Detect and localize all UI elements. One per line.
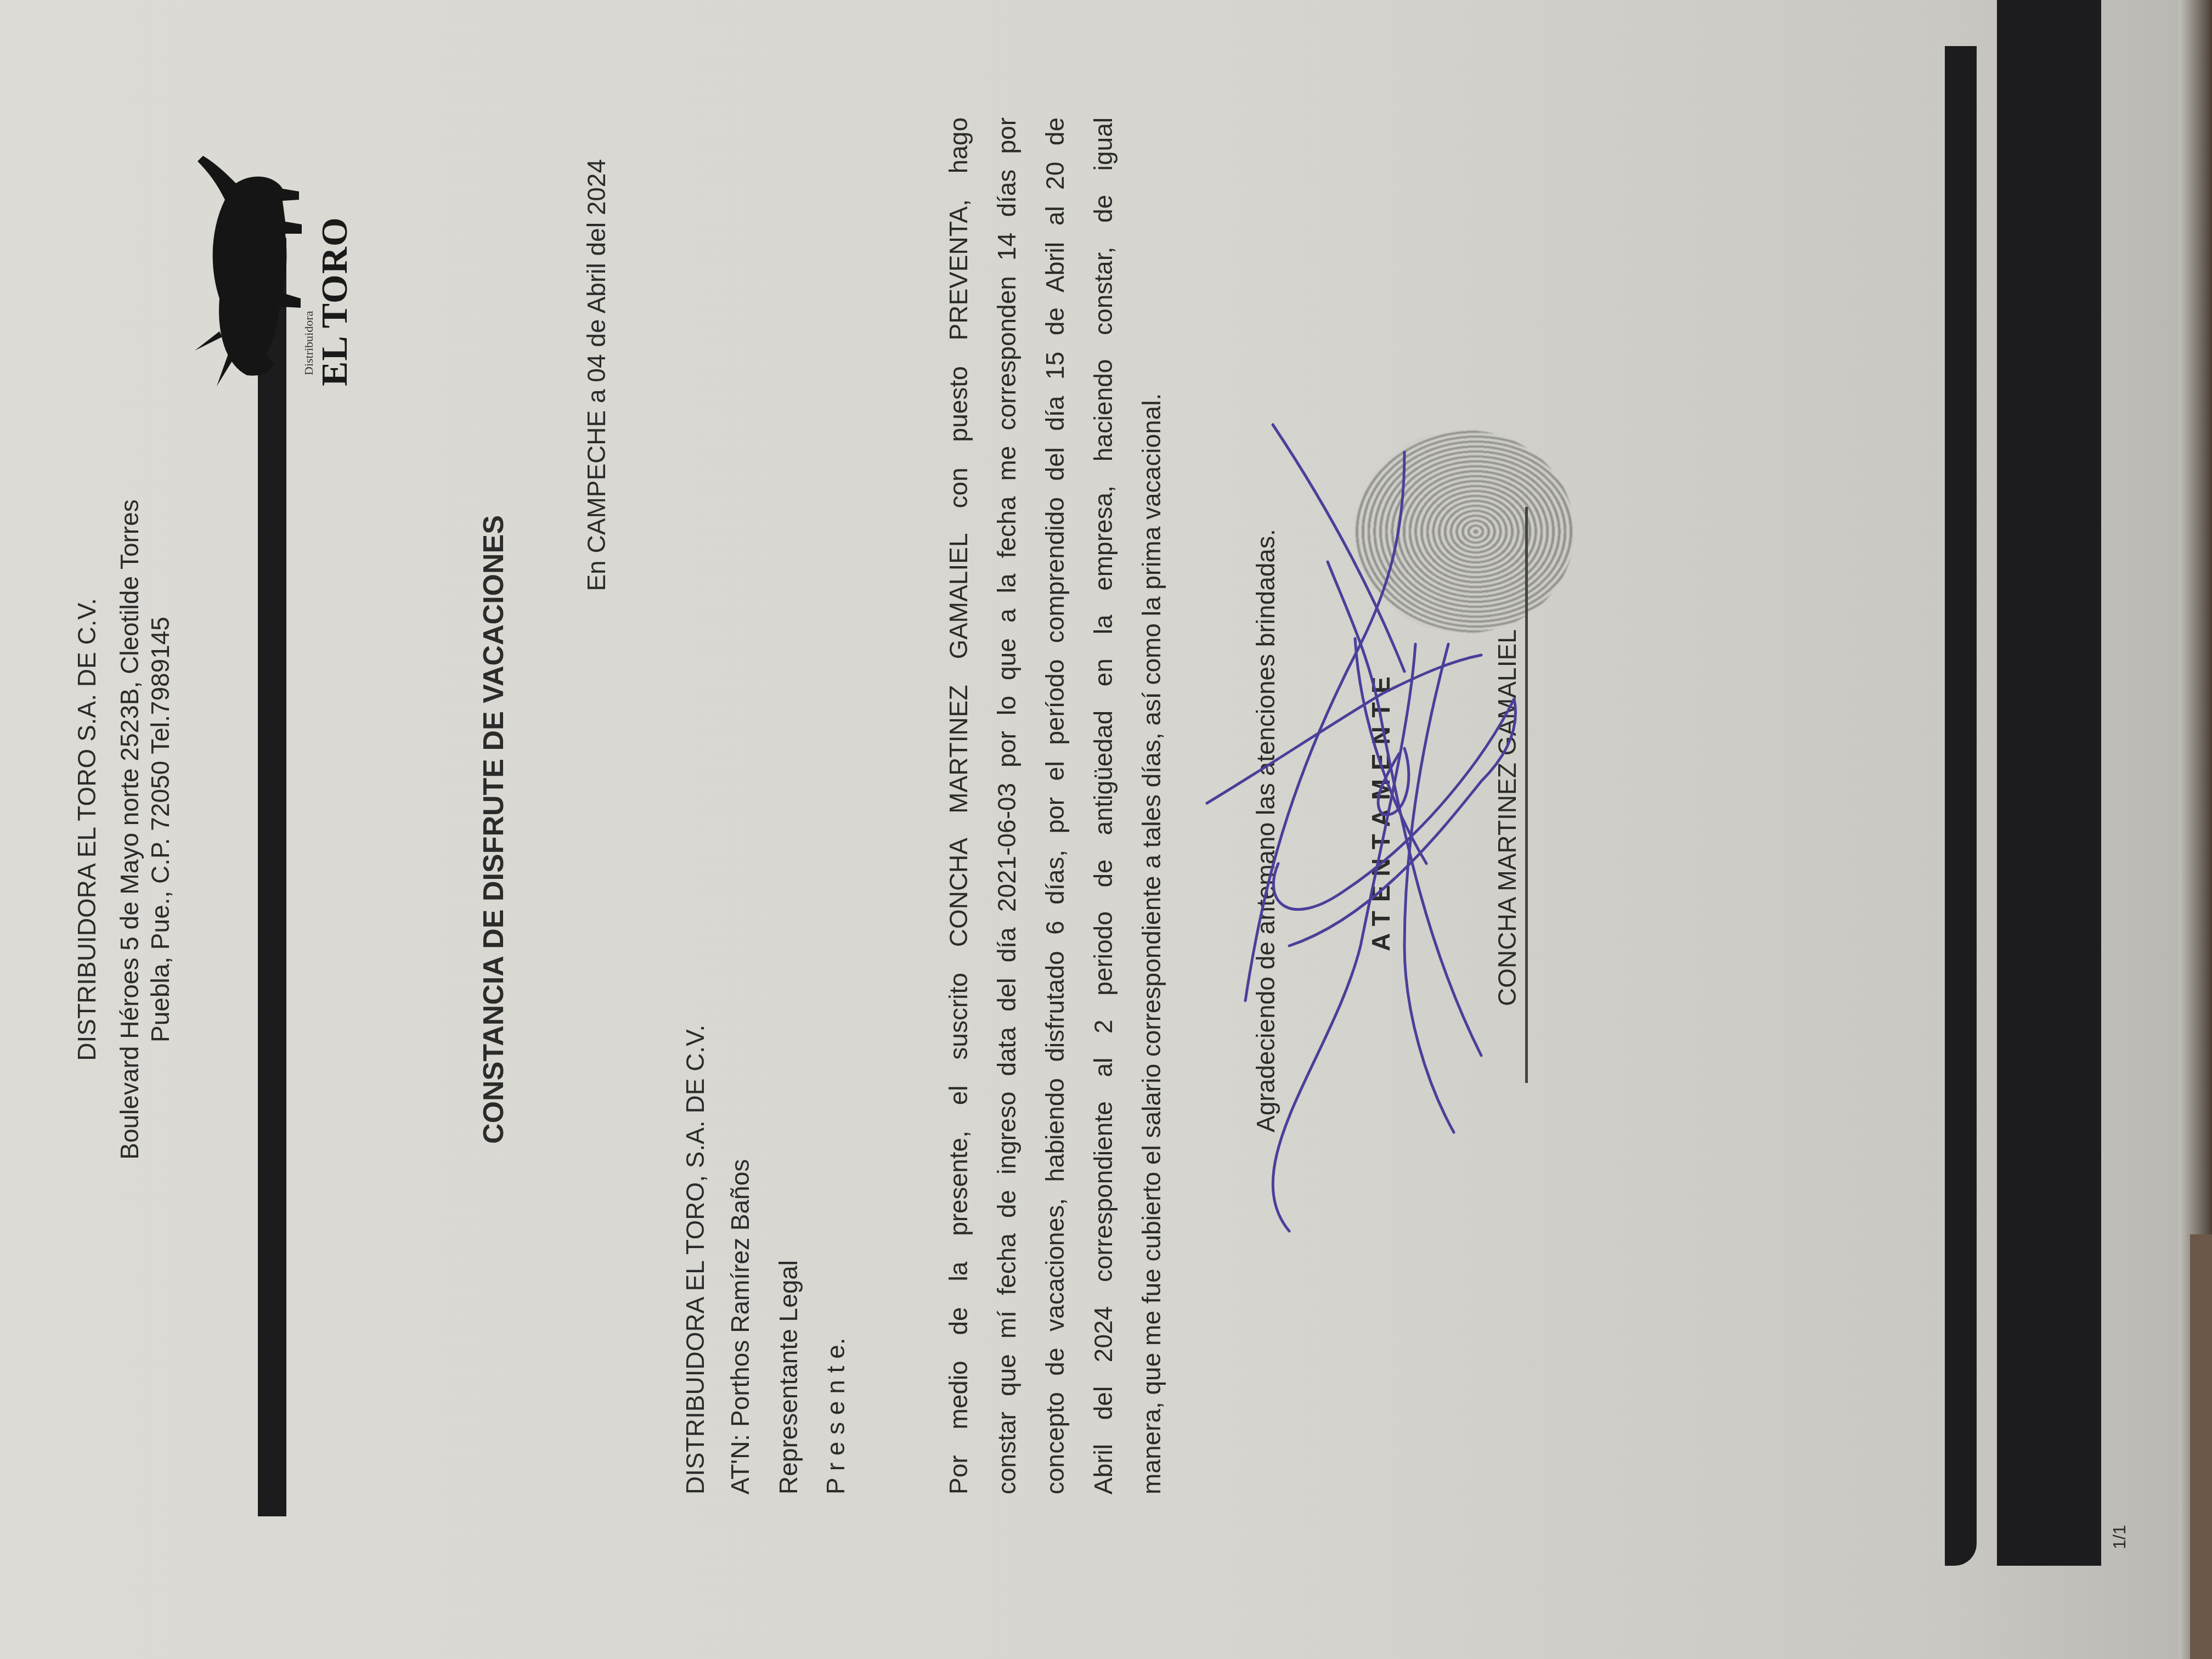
letter-page: DISTRIBUIDORA EL TORO S.A. DE C.V. Boule… <box>0 0 2212 1659</box>
handwritten-signature <box>0 0 2212 1659</box>
footer-bar-thick <box>1997 0 2101 1566</box>
footer-bar-thin <box>1945 46 1977 1566</box>
page-number: 1/1 <box>2109 1525 2130 1549</box>
